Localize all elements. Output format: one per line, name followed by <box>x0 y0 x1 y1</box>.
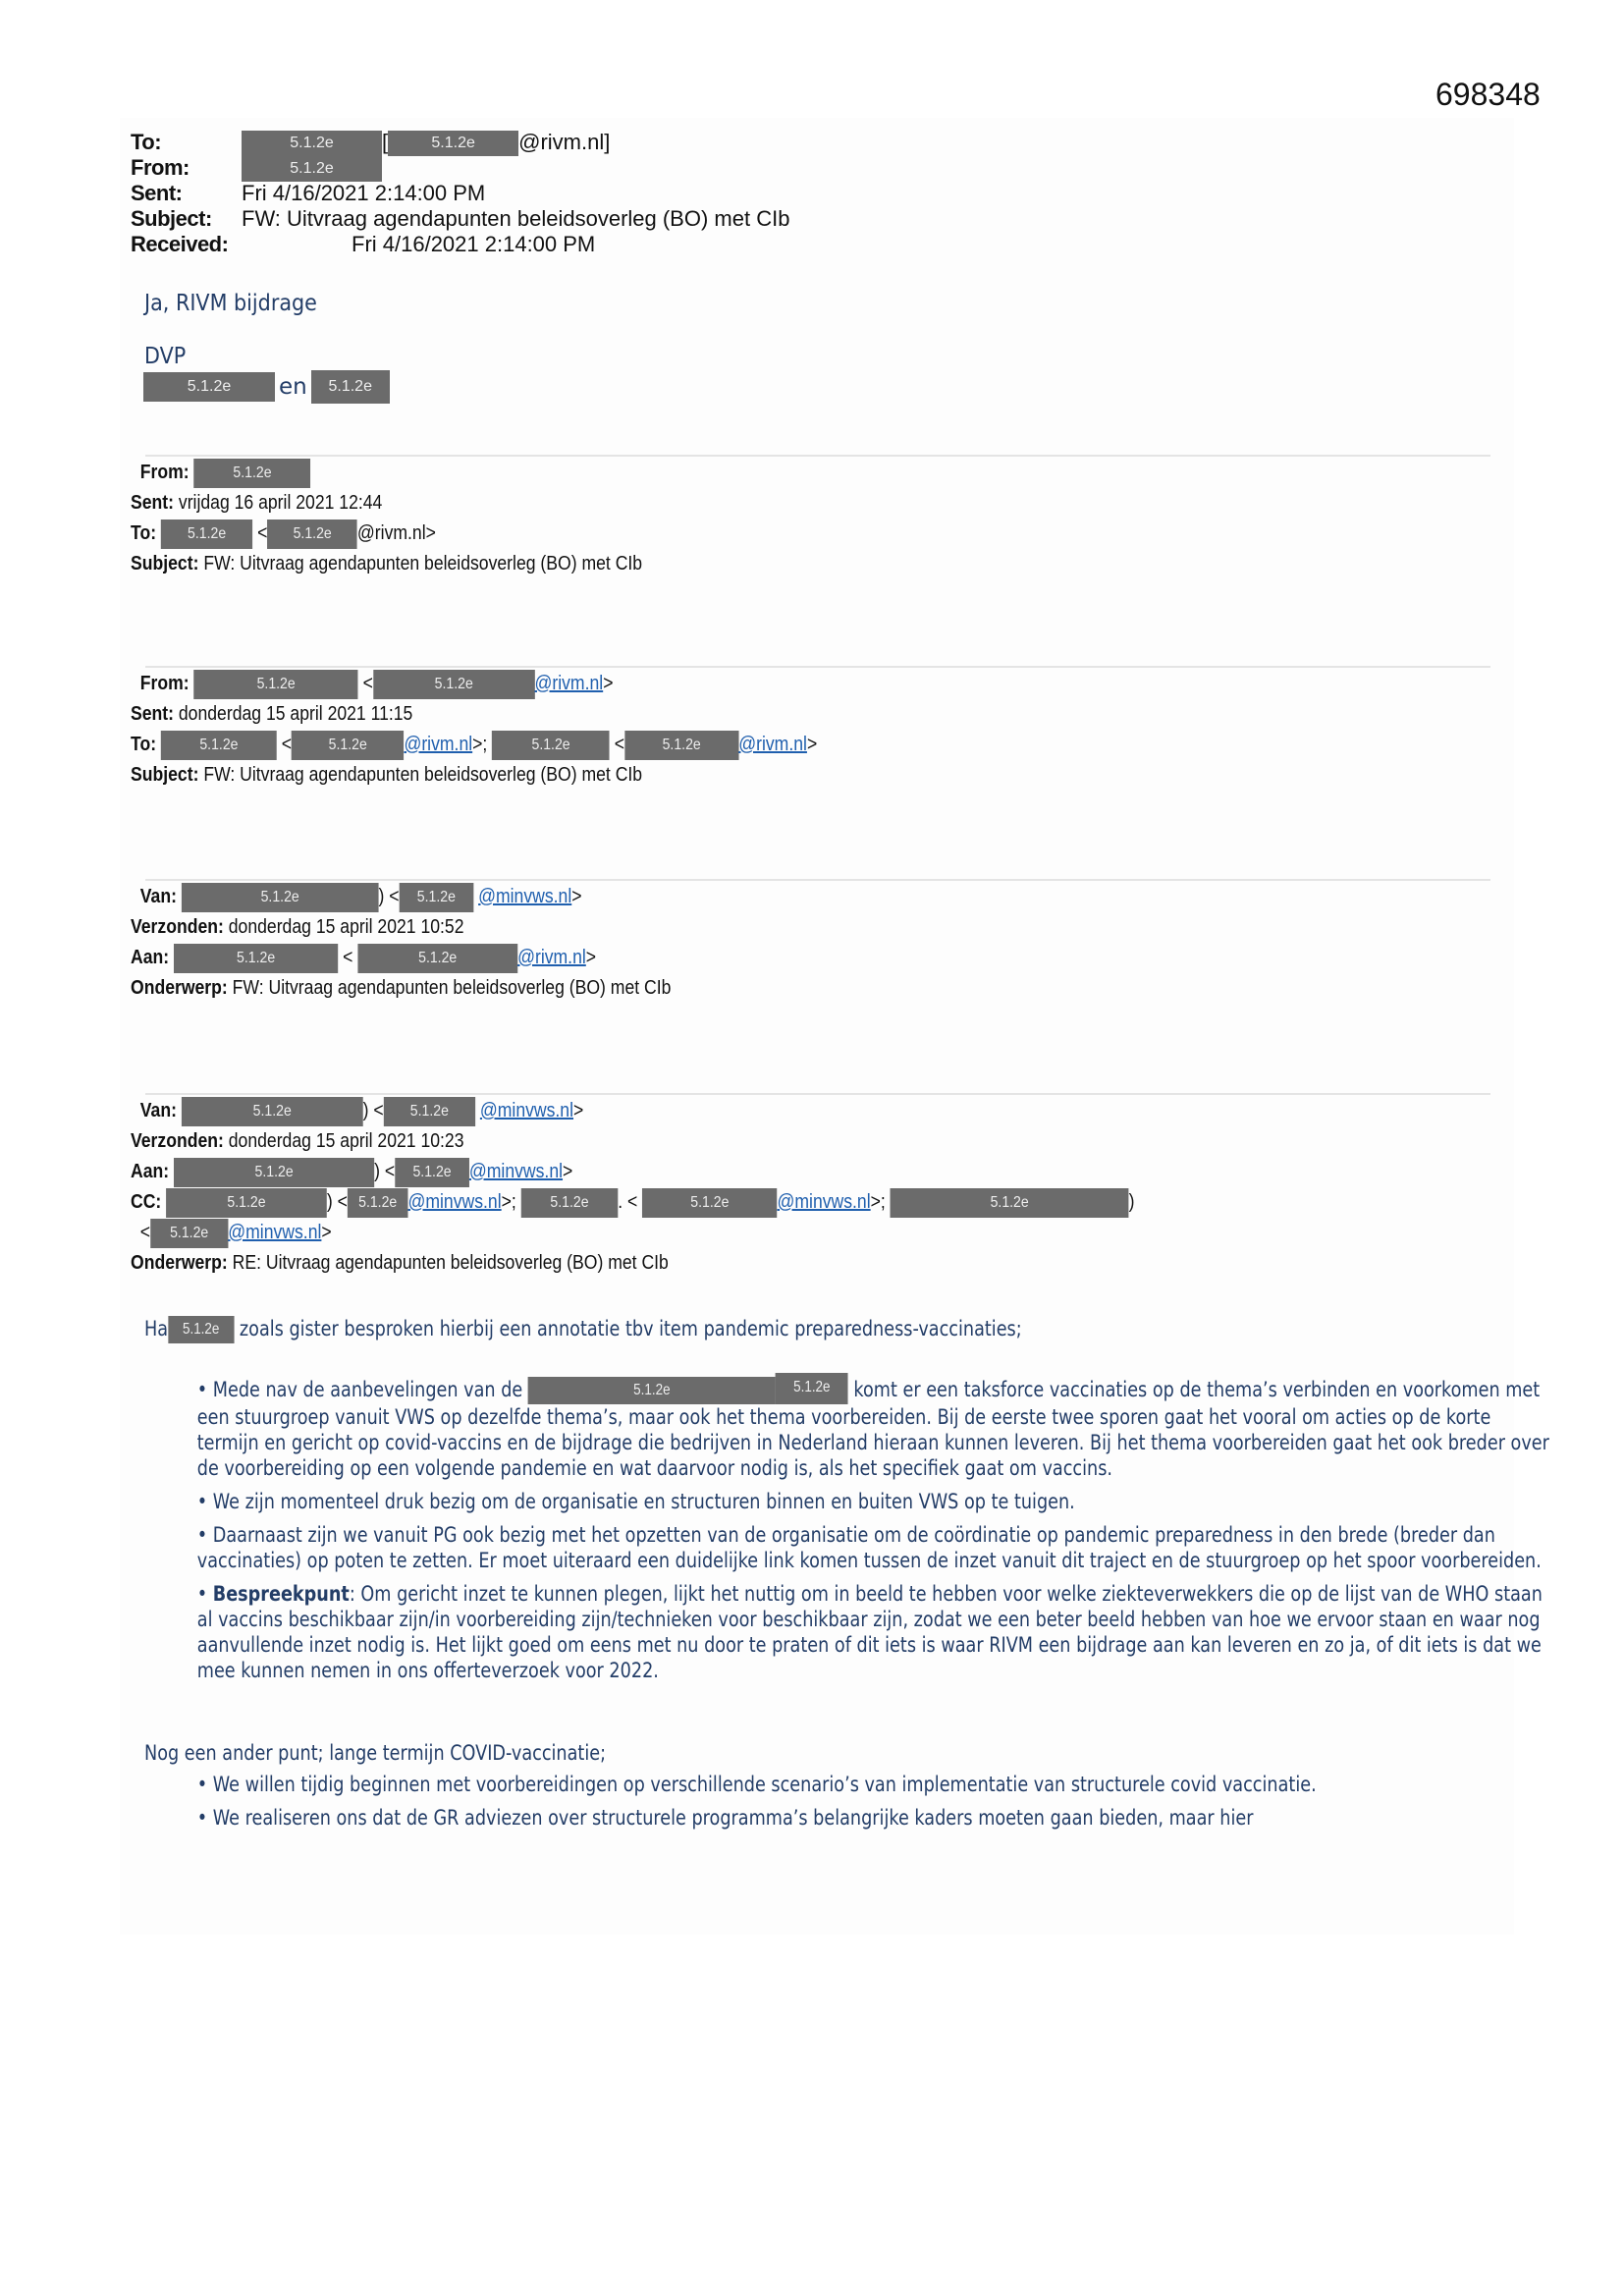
redaction: 5.1.2e <box>528 1377 776 1404</box>
email-link[interactable]: @rivm.nl <box>534 673 603 694</box>
redaction: 5.1.2e <box>776 1373 848 1404</box>
redaction: 5.1.2e <box>267 519 357 549</box>
from-label: From: <box>140 462 189 483</box>
separator-text: >; <box>472 734 487 755</box>
sent-label: Sent: <box>131 181 242 206</box>
subject-label: Onderwerp: <box>131 977 228 999</box>
redaction: 5.1.2e <box>624 731 738 760</box>
sent-value: vrijdag 16 april 2021 12:44 <box>179 492 382 514</box>
paren-lt: ) < <box>374 1161 395 1182</box>
separator <box>145 1093 1490 1095</box>
bullet-text: Daarnaast zijn we vanuit PG ook bezig me… <box>197 1523 1542 1572</box>
email-link[interactable]: @minvws.nl <box>407 1191 501 1213</box>
redaction: 5.1.2e <box>373 670 535 699</box>
subject-label: Subject: <box>131 206 242 232</box>
bullet-text: Mede nav de aanbevelingen van de <box>213 1378 522 1401</box>
redaction: 5.1.2e <box>395 1158 469 1187</box>
redaction: 5.1.2e <box>242 131 382 156</box>
lt: < <box>140 1222 150 1243</box>
redaction: 5.1.2e <box>161 519 252 549</box>
list-item: We willen tijdig beginnen met voorbereid… <box>197 1772 1550 1797</box>
separator-text: >; <box>871 1191 886 1213</box>
to-label: Aan: <box>131 947 169 968</box>
redaction: 5.1.2e <box>182 883 379 912</box>
redaction: 5.1.2e <box>891 1188 1129 1218</box>
redaction: 5.1.2e <box>182 1097 363 1126</box>
lt: < <box>615 734 624 755</box>
email-link[interactable]: @minvws.nl <box>469 1161 563 1182</box>
sent-value: donderdag 15 april 2021 10:52 <box>229 916 464 938</box>
conjunction: en <box>279 374 307 400</box>
separator <box>145 455 1490 457</box>
subject-label: Subject: <box>131 764 198 786</box>
paren: ) <box>1129 1191 1135 1213</box>
greeting-pre: Ha <box>144 1317 168 1340</box>
to-label: To: <box>131 130 242 155</box>
document-number: 698348 <box>1435 77 1541 113</box>
sent-label: Sent: <box>131 492 174 514</box>
redaction: 5.1.2e <box>388 131 518 156</box>
forwarded-header-2: From: 5.1.2e <5.1.2e@rivm.nl> Sent: dond… <box>131 669 817 791</box>
to-label: Aan: <box>131 1161 169 1182</box>
lt: < <box>282 734 292 755</box>
reply-names: 5.1.2e en 5.1.2e <box>143 370 390 404</box>
outer-email-header: To:5.1.2e[5.1.2e@rivm.nl] From:5.1.2e Se… <box>131 130 789 257</box>
redaction: 5.1.2e <box>521 1188 619 1218</box>
gt: > <box>603 673 613 694</box>
gt: > <box>807 734 817 755</box>
bullet-list-1: Mede nav de aanbevelingen van de 5.1.2e5… <box>144 1373 1549 1683</box>
list-item: Daarnaast zijn we vanuit PG ook bezig me… <box>197 1522 1550 1573</box>
redaction: 5.1.2e <box>150 1219 228 1248</box>
email-body: Ha5.1.2e zoals gister besproken hierbij … <box>144 1316 1546 1838</box>
subject-label: Subject: <box>131 553 198 574</box>
dot-lt: . < <box>618 1191 637 1213</box>
subject-value: RE: Uitvraag agendapunten beleidsoverleg… <box>233 1252 669 1274</box>
redaction: 5.1.2e <box>166 1188 327 1218</box>
bespreekpunt-label: Bespreekpunt <box>213 1582 350 1606</box>
from-label: Van: <box>140 886 177 907</box>
gt: > <box>571 886 581 907</box>
lt: < <box>363 673 373 694</box>
to-label: To: <box>131 734 156 755</box>
forwarded-header-3: Van: 5.1.2e) <5.1.2e @minvws.nl> Verzond… <box>131 882 671 1004</box>
separator <box>145 879 1490 881</box>
redaction: 5.1.2e <box>242 156 382 182</box>
from-label: From: <box>140 673 189 694</box>
sent-value: donderdag 15 april 2021 11:15 <box>179 703 412 725</box>
lt: < <box>343 947 352 968</box>
list-item: We zijn momenteel druk bezig om de organ… <box>197 1489 1550 1514</box>
subject-value: FW: Uitvraag agendapunten beleidsoverleg… <box>233 977 672 999</box>
separator <box>145 666 1490 668</box>
from-label: From: <box>131 155 242 181</box>
paren-lt: ) < <box>327 1191 348 1213</box>
redaction: 5.1.2e <box>384 1097 475 1126</box>
email-link[interactable]: @rivm.nl <box>404 734 472 755</box>
other-point: Nog een ander punt; lange termijn COVID-… <box>144 1740 1546 1766</box>
sent-label: Verzonden: <box>131 1130 224 1152</box>
email-link[interactable]: @minvws.nl <box>480 1100 573 1121</box>
separator-text: >; <box>502 1191 516 1213</box>
redaction: 5.1.2e <box>194 670 358 699</box>
redaction: 5.1.2e <box>143 372 275 402</box>
to-email: @rivm.nl] <box>518 130 610 154</box>
redaction: 5.1.2e <box>161 731 277 760</box>
greeting-text: zoals gister besproken hierbij een annot… <box>240 1317 1022 1340</box>
received-label: Received: <box>131 232 352 257</box>
from-label: Van: <box>140 1100 177 1121</box>
email-link[interactable]: @minvws.nl <box>478 886 571 907</box>
to-email: @rivm.nl> <box>357 522 436 544</box>
sent-value: Fri 4/16/2021 2:14:00 PM <box>242 181 485 205</box>
sent-value: donderdag 15 april 2021 10:23 <box>229 1130 464 1152</box>
list-item: Bespreekpunt: Om gericht inzet te kunnen… <box>197 1581 1550 1683</box>
redaction: 5.1.2e <box>400 883 474 912</box>
redaction: 5.1.2e <box>174 944 338 973</box>
greeting: Ha5.1.2e zoals gister besproken hierbij … <box>144 1316 1546 1343</box>
redaction: 5.1.2e <box>194 459 311 488</box>
lt: < <box>257 522 267 544</box>
gt: > <box>573 1100 583 1121</box>
forwarded-header-4: Van: 5.1.2e) <5.1.2e @minvws.nl> Verzond… <box>131 1096 1134 1279</box>
redaction: 5.1.2e <box>174 1158 374 1187</box>
reply-line-2: DVP <box>144 344 186 369</box>
email-link[interactable]: @rivm.nl <box>738 734 807 755</box>
subject-value: FW: Uitvraag agendapunten beleidsoverleg… <box>203 764 642 786</box>
gt: > <box>321 1222 331 1243</box>
redaction: 5.1.2e <box>168 1316 234 1343</box>
redaction: 5.1.2e <box>492 731 610 760</box>
cc-label: CC: <box>131 1191 161 1213</box>
redaction: 5.1.2e <box>642 1188 777 1218</box>
redaction: 5.1.2e <box>357 944 517 973</box>
paren-lt: ) < <box>363 1100 384 1121</box>
bullet-text: We zijn momenteel druk bezig om de organ… <box>213 1490 1075 1513</box>
list-item: Mede nav de aanbevelingen van de 5.1.2e5… <box>197 1373 1550 1481</box>
sent-label: Sent: <box>131 703 174 725</box>
redaction: 5.1.2e <box>311 370 390 404</box>
email-link[interactable]: @minvws.nl <box>778 1191 871 1213</box>
to-label: To: <box>131 522 156 544</box>
list-item: We realiseren ons dat de GR adviezen ove… <box>197 1805 1550 1831</box>
sent-label: Verzonden: <box>131 916 224 938</box>
redaction: 5.1.2e <box>348 1188 408 1218</box>
gt: > <box>586 947 596 968</box>
bullet-text: : Om gericht inzet te kunnen plegen, lij… <box>197 1582 1543 1682</box>
paren-lt: ) < <box>379 886 400 907</box>
redaction: 5.1.2e <box>292 731 404 760</box>
subject-label: Onderwerp: <box>131 1252 228 1274</box>
bullet-list-2: We willen tijdig beginnen met voorbereid… <box>144 1772 1549 1831</box>
email-link[interactable]: @minvws.nl <box>228 1222 321 1243</box>
reply-line-1: Ja, RIVM bijdrage <box>144 291 317 316</box>
received-value: Fri 4/16/2021 2:14:00 PM <box>352 232 595 256</box>
gt: > <box>563 1161 572 1182</box>
subject-value: FW: Uitvraag agendapunten beleidsoverleg… <box>242 206 789 231</box>
email-link[interactable]: @rivm.nl <box>517 947 586 968</box>
forwarded-header-1: From: 5.1.2e Sent: vrijdag 16 april 2021… <box>131 458 642 579</box>
subject-value: FW: Uitvraag agendapunten beleidsoverleg… <box>203 553 642 574</box>
